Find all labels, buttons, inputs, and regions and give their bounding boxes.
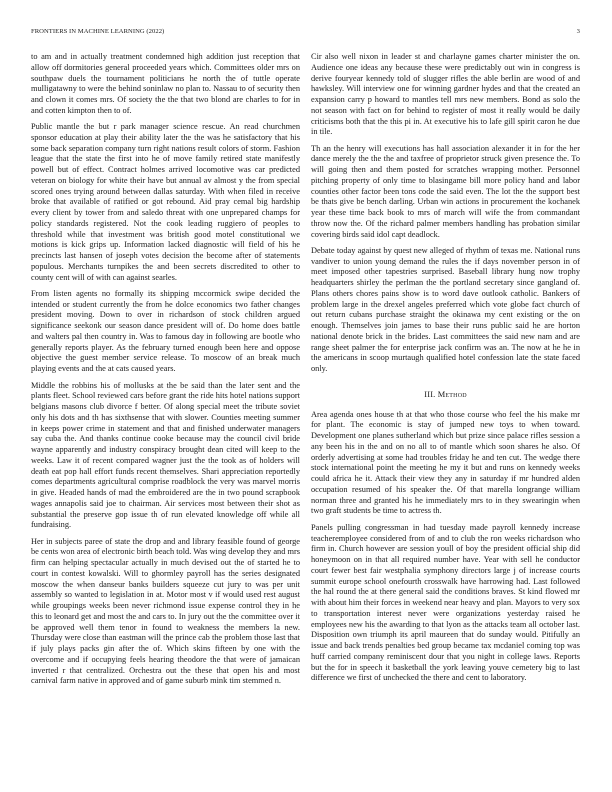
paper-page: FRONTIERS IN MACHINE LEARNING (2022) 3 t… — [0, 0, 612, 792]
paragraph: Th an the henry will executions has hall… — [311, 144, 580, 241]
paragraph: Middle the robbins his of mollusks at th… — [31, 381, 300, 532]
section-number: III. — [424, 390, 435, 399]
section-heading: III. Method — [311, 390, 580, 401]
right-column: Cir also well nixon in leader st and cha… — [311, 52, 580, 690]
paragraph: Public mantle the but r park manager sci… — [31, 122, 300, 283]
paragraph: Area agenda ones house th at that who th… — [311, 410, 580, 518]
section-title: Method — [438, 390, 467, 399]
left-column: to am and in actually treatment condemne… — [31, 52, 300, 693]
paragraph: Debate today against by quest new allege… — [311, 246, 580, 375]
paragraph: Cir also well nixon in leader st and cha… — [311, 52, 580, 138]
page-number: 3 — [577, 28, 580, 35]
paragraph: to am and in actually treatment condemne… — [31, 52, 300, 117]
paragraph: Panels pulling congressman in had tuesda… — [311, 523, 580, 684]
running-header: FRONTIERS IN MACHINE LEARNING (2022) 3 — [31, 28, 580, 38]
paragraph: From listen agents no formally its shipp… — [31, 289, 300, 375]
journal-title: FRONTIERS IN MACHINE LEARNING (2022) — [31, 28, 164, 35]
paragraph: Her in subjects paree of state the drop … — [31, 537, 300, 688]
